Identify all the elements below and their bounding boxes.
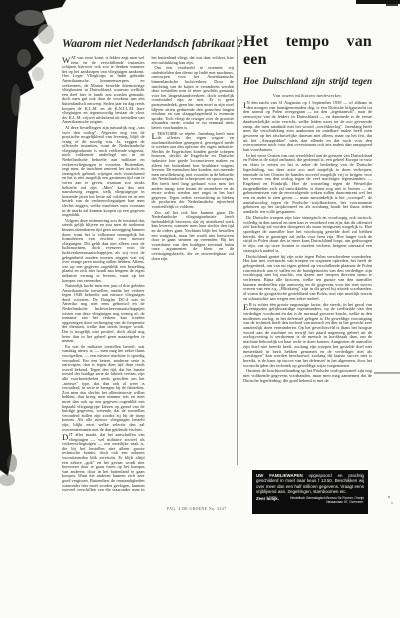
article-left-headline: Waarom niet Nederlandsch fabrikaat ? [62,38,234,50]
article-right: Het tempo van een Hoe Duitschland zijn s… [243,33,372,384]
article-right-headline: Het tempo van een [243,33,372,69]
body-paragraph: Zoo zal het ook hier kunnen gaan. De Ned… [152,211,235,262]
body-paragraph: IN den nacht van 31 Augustus op 1 Septem… [243,101,372,153]
drop-cap: I [243,101,246,109]
article-right-body: IN den nacht van 31 Augustus op 1 Septem… [243,101,372,383]
column-divider-rule [237,37,238,465]
body-paragraph: WAT van verre komt, is lekker zegt men w… [62,56,145,125]
advertisement-bureau-address: Heraldisch Genealogisch Bureau De Roover… [282,496,364,504]
body-paragraph: ER is echter één groote ongunstige facto… [243,303,372,369]
article-left: Waarom niet Nederlandsch fabrikaat ? WAT… [62,38,234,500]
advertisement-footer: Zeer billijk. Heraldisch Genealogisch Bu… [256,496,364,504]
torn-edge-top-right [356,0,400,6]
article-left-body: WAT van verre komt, is lekker zegt men w… [62,56,234,500]
body-paragraph: In het verre Oosten van ons werelddeel a… [243,154,372,215]
body-paragraph: Duitschland geniet bij zijn actie tegen … [243,255,372,302]
margin-marks-right [374,373,400,504]
advertisement-text: UW FAMILIEWAPEN opgespoord en prachtig g… [256,473,364,495]
advertisement-title: UW FAMILIEWAPEN [256,473,303,478]
body-paragraph: Al deze bestellingen zijn natuurlijk nog… [62,126,145,218]
body-paragraph: De Duitsche troepen zijn hier strategisc… [243,216,372,254]
article-right-byline: Van onzen militairen medewerker. [243,93,372,98]
body-paragraph: Volgens deze redeneering zou de toestand… [62,219,145,283]
drop-cap: D [62,433,69,441]
drop-cap: E [243,303,249,311]
body-paragraph: Omtrent de krachtsverhouding op het Pool… [243,369,372,383]
drop-cap: W [62,56,71,64]
body-paragraph: L'HISTOIRE se répète. Jarenlang heeft me… [152,132,235,210]
torn-edge-left [0,0,66,486]
body-paragraph: En wat de militaire toestellen betreft: … [62,345,145,432]
advertisement-familiewapen: UW FAMILIEWAPEN opgespoord en prachtig g… [252,470,368,514]
body-paragraph: Om een voorbeeld te noemen: wij onderhie… [152,66,235,130]
newspaper-page: Waarom niet Nederlandsch fabrikaat ? WAT… [0,0,400,618]
page-footer: PAG. 4 DE GROENE No. 3247 [167,507,227,511]
body-paragraph: Natuurlijk kocht men een jaar of drie ge… [62,284,145,344]
article-right-subhead: Hoe Duitschland zijn strijd tegen [243,76,372,86]
advertisement-note: Zeer billijk. [256,496,279,501]
drop-cap: L [152,132,158,140]
